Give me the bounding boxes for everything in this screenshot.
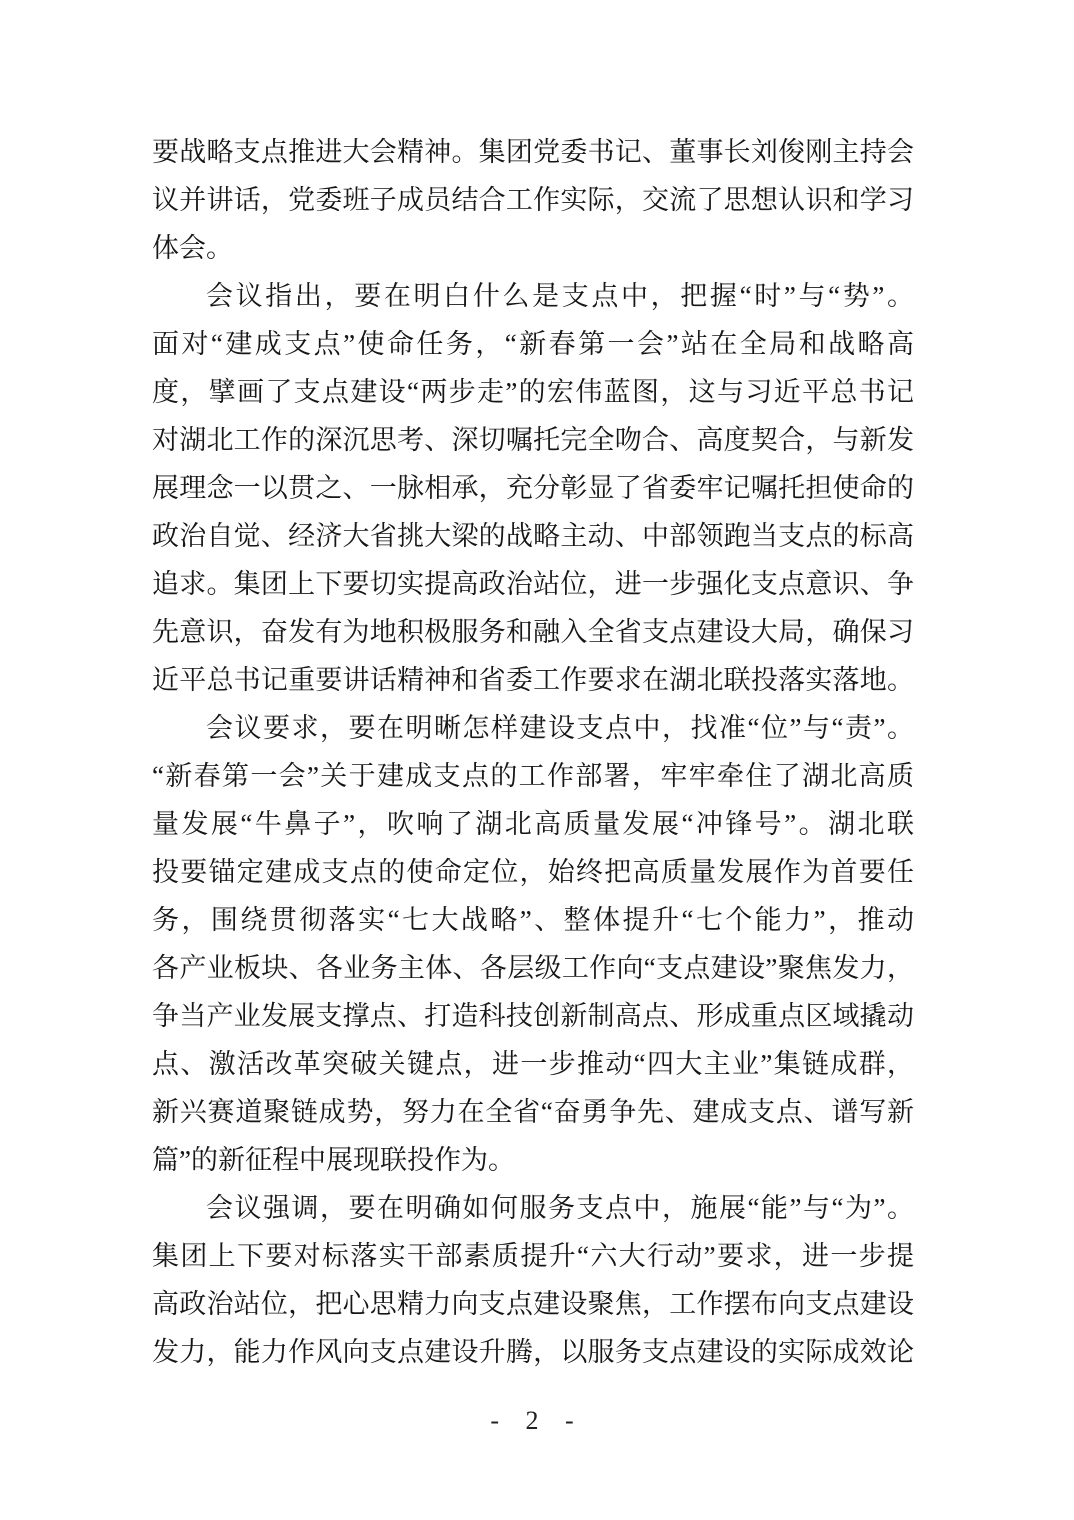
text-line: 高政治站位，把心思精力向支点建设聚焦，工作摆布向支点建设	[152, 1280, 914, 1328]
text-line: 先意识，奋发有为地积极服务和融入全省支点建设大局，确保习	[152, 608, 914, 656]
text-line: 展理念一以贯之、一脉相承，充分彰显了省委牢记嘱托担使命的	[152, 464, 914, 512]
text-line: 务，围绕贯彻落实“七大战略”、整体提升“七个能力”，推动	[152, 896, 914, 944]
page-number: - 2 -	[490, 1406, 583, 1435]
document-body: 要战略支点推进大会精神。集团党委书记、董事长刘俊刚主持会议并讲话，党委班子成员结…	[152, 128, 914, 1376]
text-line: “新春第一会”关于建成支点的工作部署，牢牢牵住了湖北高质	[152, 752, 914, 800]
document-page: 要战略支点推进大会精神。集团党委书记、董事长刘俊刚主持会议并讲话，党委班子成员结…	[0, 0, 1074, 1520]
text-line: 新兴赛道聚链成势，努力在全省“奋勇争先、建成支点、谱写新	[152, 1088, 914, 1136]
text-line: 篇”的新征程中展现联投作为。	[152, 1136, 914, 1184]
text-line: 议并讲话，党委班子成员结合工作实际，交流了思想认识和学习	[152, 176, 914, 224]
text-line: 争当产业发展支撑点、打造科技创新制高点、形成重点区域撬动	[152, 992, 914, 1040]
text-line: 政治自觉、经济大省挑大梁的战略主动、中部领跑当支点的标高	[152, 512, 914, 560]
text-line: 要战略支点推进大会精神。集团党委书记、董事长刘俊刚主持会	[152, 128, 914, 176]
paragraph: 要战略支点推进大会精神。集团党委书记、董事长刘俊刚主持会议并讲话，党委班子成员结…	[152, 128, 914, 272]
paragraph: 会议指出，要在明白什么是支点中，把握“时”与“势”。面对“建成支点”使命任务，“…	[152, 272, 914, 704]
text-line: 各产业板块、各业务主体、各层级工作向“支点建设”聚焦发力，	[152, 944, 914, 992]
text-line: 度，擘画了支点建设“两步走”的宏伟蓝图，这与习近平总书记	[152, 368, 914, 416]
text-line: 体会。	[152, 224, 914, 272]
text-line: 集团上下要对标落实干部素质提升“六大行动”要求，进一步提	[152, 1232, 914, 1280]
text-line: 投要锚定建成支点的使命定位，始终把高质量发展作为首要任	[152, 848, 914, 896]
text-line: 对湖北工作的深沉思考、深切嘱托完全吻合、高度契合，与新发	[152, 416, 914, 464]
text-line: 会议指出，要在明白什么是支点中，把握“时”与“势”。	[152, 272, 914, 320]
paragraph: 会议要求，要在明晰怎样建设支点中，找准“位”与“责”。“新春第一会”关于建成支点…	[152, 704, 914, 1184]
page-footer: - 2 -	[0, 1406, 1074, 1436]
text-line: 追求。集团上下要切实提高政治站位，进一步强化支点意识、争	[152, 560, 914, 608]
text-line: 点、激活改革突破关键点，进一步推动“四大主业”集链成群，	[152, 1040, 914, 1088]
paragraph: 会议强调，要在明确如何服务支点中，施展“能”与“为”。集团上下要对标落实干部素质…	[152, 1184, 914, 1376]
text-line: 近平总书记重要讲话精神和省委工作要求在湖北联投落实落地。	[152, 656, 914, 704]
text-line: 发力，能力作风向支点建设升腾，以服务支点建设的实际成效论	[152, 1328, 914, 1376]
text-line: 量发展“牛鼻子”，吹响了湖北高质量发展“冲锋号”。湖北联	[152, 800, 914, 848]
text-line: 面对“建成支点”使命任务，“新春第一会”站在全局和战略高	[152, 320, 914, 368]
text-line: 会议要求，要在明晰怎样建设支点中，找准“位”与“责”。	[152, 704, 914, 752]
text-line: 会议强调，要在明确如何服务支点中，施展“能”与“为”。	[152, 1184, 914, 1232]
